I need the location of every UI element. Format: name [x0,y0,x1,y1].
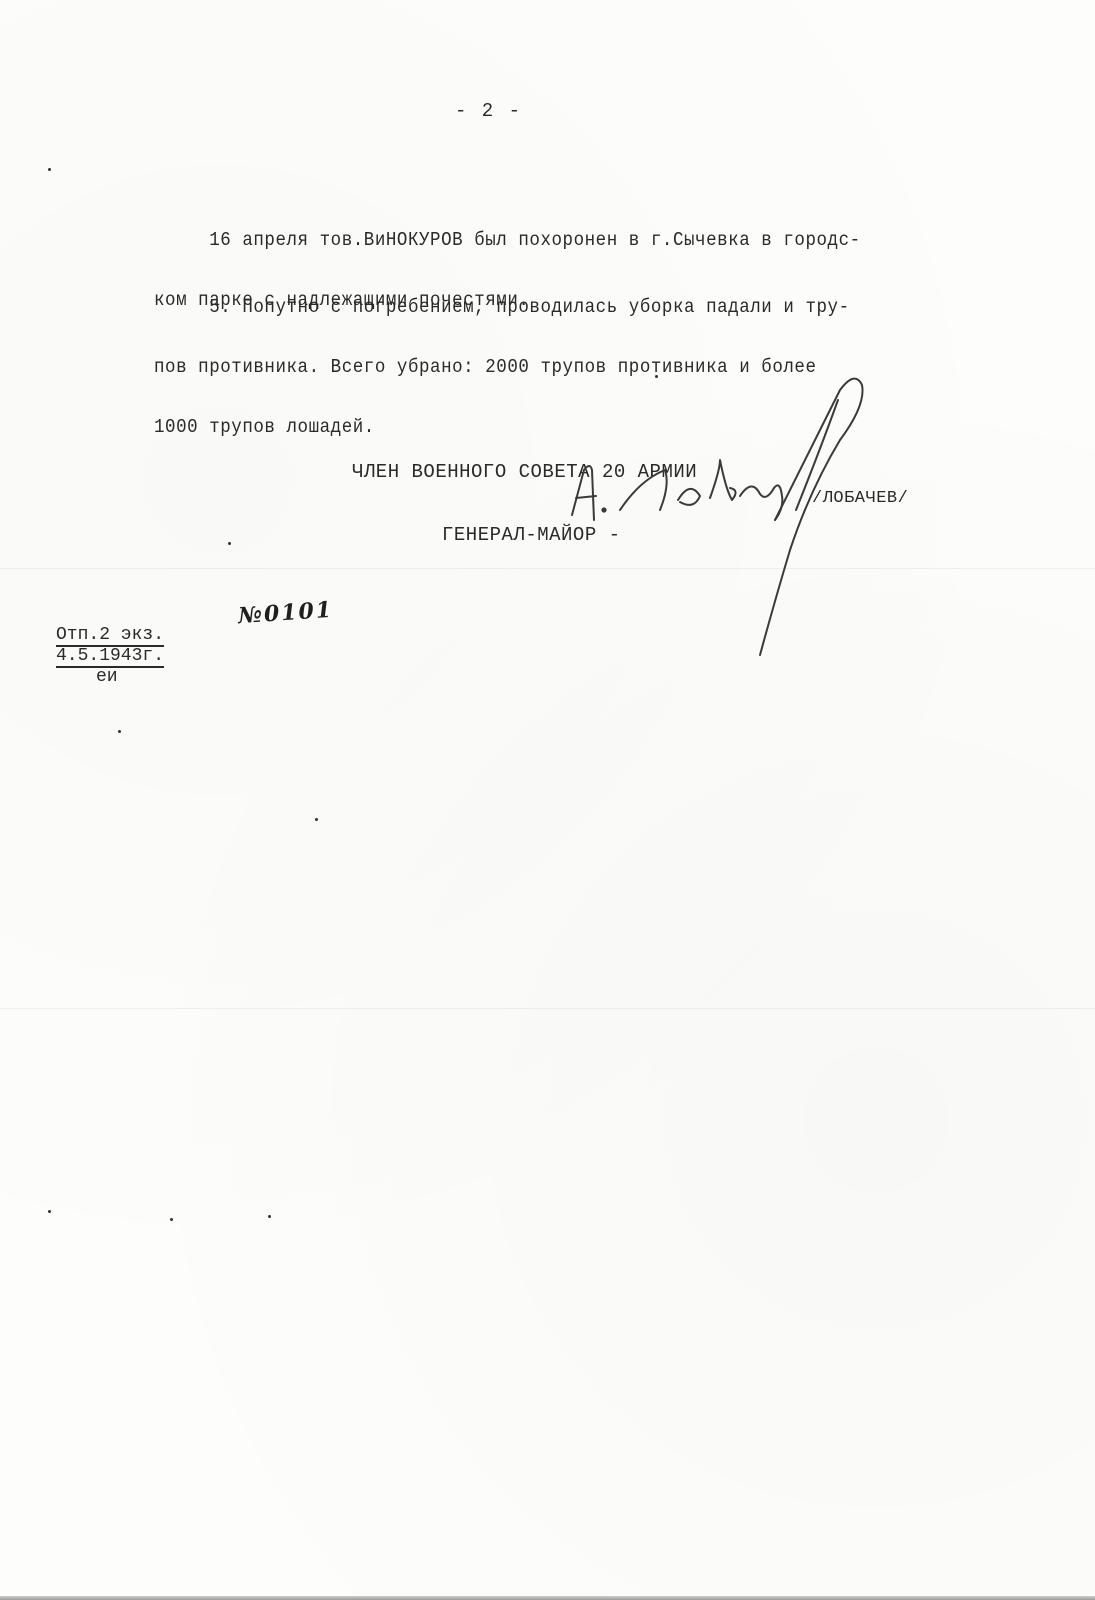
scan-speck [655,375,658,378]
signature-block: ЧЛЕН ВОЕННОГО СОВЕТА 20 АРМИИ ГЕНЕРАЛ-МА… [352,420,697,588]
scan-speck [315,818,318,821]
scan-speck [268,1215,271,1218]
typist-initials: еи [56,667,164,688]
scan-speck [118,730,121,733]
scan-speck [170,1218,173,1221]
signatory-title: ЧЛЕН ВОЕННОГО СОВЕТА 20 АРМИИ [352,462,697,483]
document-page: - 2 - 16 апреля тов.ВиНОКУРОВ был похоро… [0,0,1095,1600]
registration-number: №0101 [237,597,334,630]
paragraph-line: пов противника. Всего убрано: 2000 трупо… [154,357,850,377]
page-number: - 2 - [455,100,522,122]
scan-speck [228,542,231,545]
scan-speck [48,168,51,171]
copy-date: 4.5.1943г. [56,646,164,668]
scan-fold-line [0,1008,1095,1009]
copy-note: Отп.2 экз. 4.5.1943г. еи [56,625,164,688]
scan-speck [48,1210,51,1213]
copy-count: Отп.2 экз. [56,625,164,647]
signatory-rank: ГЕНЕРАЛ-МАЙОР - [352,525,697,546]
paragraph-line: 16 апреля тов.ВиНОКУРОВ был похоронен в … [154,230,861,250]
paragraph-line: 5. Попутно с погребением, проводилась уб… [154,297,850,317]
signatory-name: /ЛОБАЧЕВ/ [812,489,908,508]
page-bottom-edge [0,1596,1095,1600]
